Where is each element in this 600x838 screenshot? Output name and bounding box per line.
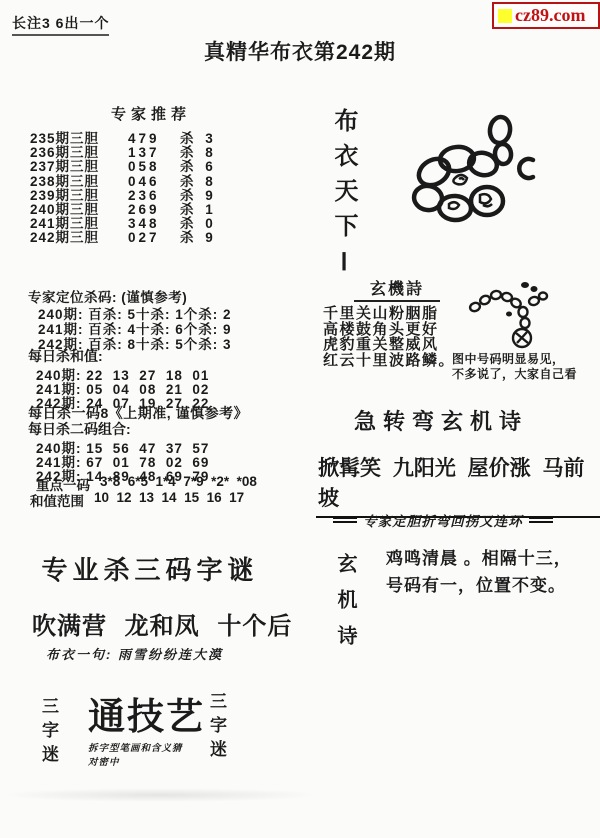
xuanji-poem-section: 玄機詩 千里关山粉胭脂 高楼鼓角头更好 虎豹重关整威风 红云十里波路鳞。 bbox=[323, 276, 471, 368]
row-dan: 269 bbox=[128, 203, 180, 217]
row-period: 239期三胆 bbox=[30, 189, 128, 203]
logo-bullet-icon bbox=[498, 9, 512, 23]
value: 10 12 13 14 15 16 17 bbox=[94, 490, 244, 510]
beads-doodle-icon bbox=[465, 280, 557, 352]
list-item: 240期: 15 56 47 37 57 bbox=[28, 442, 209, 456]
list-item: 240期: 22 13 27 18 01 bbox=[28, 369, 209, 383]
row-period: 242期三胆 bbox=[30, 231, 128, 245]
row-kill: 杀 9 bbox=[180, 189, 217, 203]
deco-bar-icon bbox=[529, 517, 553, 523]
sum-range-line: 和值范围 10 12 13 14 15 16 17 bbox=[30, 490, 244, 510]
row-dan: 348 bbox=[128, 217, 180, 231]
caption-line: 不多说了，大家自己看 bbox=[452, 367, 577, 382]
table-row: 241期三胆 348 杀 0 bbox=[30, 217, 272, 231]
xuanji-line: 号码有一，位置不变。 bbox=[386, 572, 572, 599]
three-word-riddle-answer: 通技艺 bbox=[88, 686, 205, 740]
label: 和值范围 bbox=[30, 490, 84, 510]
poem-line: 虎豹重关整威风 bbox=[323, 337, 471, 353]
expert-deco-line: 专家定胆折弯回拐又连环 bbox=[318, 510, 568, 530]
logo-text: cz89.com bbox=[515, 5, 585, 26]
row-dan: 046 bbox=[128, 175, 180, 189]
three-word-riddle-right-label: 三字迷 bbox=[204, 692, 229, 764]
kill-position-section: 专家定位杀码: (谨慎参考) 240期: 百杀: 5十杀: 1个杀: 2 241… bbox=[28, 286, 232, 352]
table-row: 236期三胆 137 杀 8 bbox=[30, 146, 272, 160]
row-kill: 杀 6 bbox=[180, 160, 217, 174]
row-period: 241期三胆 bbox=[30, 217, 128, 231]
poem-line: 红云十里波路鳞。 bbox=[323, 353, 471, 369]
list-item: 241期: 67 01 78 02 69 bbox=[28, 456, 209, 470]
buyi-tianxia-vertical-title: 布衣天下Ⅰ bbox=[326, 108, 361, 287]
row-period: 236期三胆 bbox=[30, 146, 128, 160]
list-item: 241期: 百杀: 4十杀: 6个杀: 9 bbox=[28, 323, 232, 338]
flower-doodle-icon bbox=[405, 112, 565, 230]
page-title: 真精华布衣第242期 bbox=[0, 36, 600, 66]
section-title: 专家定位杀码: (谨慎参考) bbox=[28, 286, 232, 306]
list-item: 241期: 05 04 08 21 02 bbox=[28, 383, 209, 397]
note-line: 拆字型笔画和含义猜 bbox=[88, 742, 183, 756]
row-dan: 027 bbox=[128, 231, 180, 245]
xuanji-line: 鸡鸣清晨 。相隔十三， bbox=[386, 545, 572, 572]
daily-kill-sum-section: 每日杀和值: 240期: 22 13 27 18 01 241期: 05 04 … bbox=[28, 346, 209, 412]
three-code-riddle-line: 吹满营 龙和凤 十个后 bbox=[32, 606, 292, 641]
site-logo[interactable]: cz89.com bbox=[492, 2, 600, 29]
xuanji-poem-title: 玄機詩 bbox=[354, 276, 440, 302]
xuanji-bottom-vertical-title: 玄机诗 bbox=[331, 553, 360, 661]
table-row: 242期三胆 027 杀 9 bbox=[30, 231, 272, 245]
table-row: 239期三胆 236 杀 9 bbox=[30, 189, 272, 203]
xuanji-bottom-text: 鸡鸣清晨 。相隔十三， 号码有一，位置不变。 bbox=[386, 545, 572, 599]
note-line: 对密中 bbox=[88, 756, 183, 770]
deco-bar-icon bbox=[333, 517, 357, 523]
three-word-riddle-left-label: 三字迷 bbox=[36, 697, 61, 769]
three-code-riddle-title: 专业杀三码字谜 bbox=[28, 550, 272, 587]
expert-recommend-section: 专家推荐 235期三胆 479 杀 3 236期三胆 137 杀 8 237期三… bbox=[30, 103, 272, 246]
row-period: 235期三胆 bbox=[30, 132, 128, 146]
section-title: 每日杀二码组合: bbox=[28, 419, 209, 439]
top-note: 长注3 6出一个 bbox=[12, 13, 109, 36]
table-row: 240期三胆 269 杀 1 bbox=[30, 203, 272, 217]
poem-line: 千里关山粉胭脂 bbox=[323, 306, 471, 322]
table-row: 237期三胆 058 杀 6 bbox=[30, 160, 272, 174]
sharp-turn-poem-line: 掀髯笑 九阳光 屋价涨 马前坡 bbox=[316, 452, 600, 518]
section-title: 每日杀和值: bbox=[28, 346, 209, 366]
row-dan: 236 bbox=[128, 189, 180, 203]
caption-line: 图中号码明显易见， bbox=[452, 352, 577, 367]
table-row: 235期三胆 479 杀 3 bbox=[30, 132, 272, 146]
row-dan: 479 bbox=[128, 132, 180, 146]
buyi-sentence: 布衣一句: 雨雪纷纷连大漠 bbox=[46, 644, 223, 663]
table-row: 238期三胆 046 杀 8 bbox=[30, 175, 272, 189]
poem-line: 高楼鼓角头更好 bbox=[323, 322, 471, 338]
sharp-turn-poem-title: 急转弯玄机诗 bbox=[310, 405, 572, 436]
expert-recommend-title: 专家推荐 bbox=[30, 103, 272, 124]
row-dan: 137 bbox=[128, 146, 180, 160]
list-item: 240期: 百杀: 5十杀: 1个杀: 2 bbox=[28, 308, 232, 323]
row-period: 238期三胆 bbox=[30, 175, 128, 189]
scan-smudge bbox=[0, 788, 320, 802]
row-kill: 杀 9 bbox=[180, 231, 217, 245]
three-word-riddle-note: 拆字型笔画和含义猜 对密中 bbox=[88, 742, 183, 770]
deco-text: 专家定胆折弯回拐又连环 bbox=[363, 510, 523, 530]
doodle-caption: 图中号码明显易见， 不多说了，大家自己看 bbox=[452, 352, 577, 382]
row-period: 240期三胆 bbox=[30, 203, 128, 217]
row-kill: 杀 8 bbox=[180, 175, 217, 189]
row-dan: 058 bbox=[128, 160, 180, 174]
row-period: 237期三胆 bbox=[30, 160, 128, 174]
